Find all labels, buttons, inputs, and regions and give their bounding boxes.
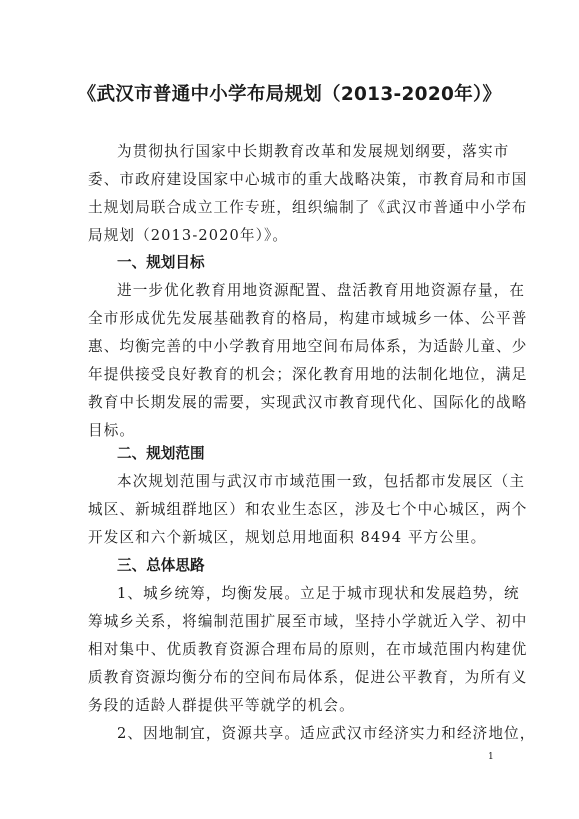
intro-line-4: 局规划（2013-2020年）》。 bbox=[88, 227, 500, 245]
goals-line-2: 全市形成优先发展基础教育的格局，构建市域城乡一体、公平普 bbox=[88, 310, 500, 328]
goals-line-6: 目标。 bbox=[88, 422, 500, 440]
approach-line-6: 2、因地制宜，资源共享。适应武汉市经济实力和经济地位， bbox=[117, 725, 500, 743]
approach-line-1: 1、城乡统筹，均衡发展。立足于城市现状和发展趋势，统 bbox=[117, 585, 500, 603]
goals-line-5: 教育中长期发展的需要，实现武汉市教育现代化、国际化的战略 bbox=[88, 394, 500, 412]
approach-line-3: 相对集中、优质教育资源合理布局的原则，在市域范围内构建优 bbox=[88, 641, 500, 659]
intro-line-2: 委、市政府建设国家中心城市的重大战略决策，市教育局和市国 bbox=[88, 171, 500, 189]
document-page: 《武汉市普通中小学布局规划（2013-2020年）》 为贯彻执行国家中长期教育改… bbox=[0, 0, 579, 819]
scope-line-3: 开发区和六个新城区，规划总用地面积 8494 平方公里。 bbox=[88, 529, 500, 547]
goals-line-4: 年提供接受良好教育的机会；深化教育用地的法制化地位，满足 bbox=[88, 366, 500, 384]
approach-line-5: 务段的适龄人群提供平等就学的机会。 bbox=[88, 697, 500, 715]
page-number: 1 bbox=[488, 752, 494, 762]
approach-line-4: 质教育资源均衡分布的空间布局体系，促进公平教育，为所有义 bbox=[88, 669, 500, 687]
section-heading-scope: 二、规划范围 bbox=[117, 445, 205, 463]
document-title: 《武汉市普通中小学布局规划（2013-2020年）》 bbox=[0, 80, 579, 106]
goals-line-1: 进一步优化教育用地资源配置、盘活教育用地资源存量，在 bbox=[117, 282, 500, 300]
section-heading-goals: 一、规划目标 bbox=[117, 254, 205, 272]
scope-line-2: 城区、新城组群地区）和农业生态区，涉及七个中心城区，两个 bbox=[88, 501, 500, 519]
scope-line-1: 本次规划范围与武汉市市域范围一致，包括都市发展区（主 bbox=[117, 473, 500, 491]
section-heading-approach: 三、总体思路 bbox=[117, 557, 205, 575]
intro-line-3: 土规划局联合成立工作专班，组织编制了《武汉市普通中小学布 bbox=[88, 199, 500, 217]
approach-line-2: 筹城乡关系，将编制范围扩展至市域，坚持小学就近入学、初中 bbox=[88, 613, 500, 631]
goals-line-3: 惠、均衡完善的中小学教育用地空间布局体系，为适龄儿童、少 bbox=[88, 338, 500, 356]
intro-line-1: 为贯彻执行国家中长期教育改革和发展规划纲要，落实市 bbox=[117, 143, 500, 161]
